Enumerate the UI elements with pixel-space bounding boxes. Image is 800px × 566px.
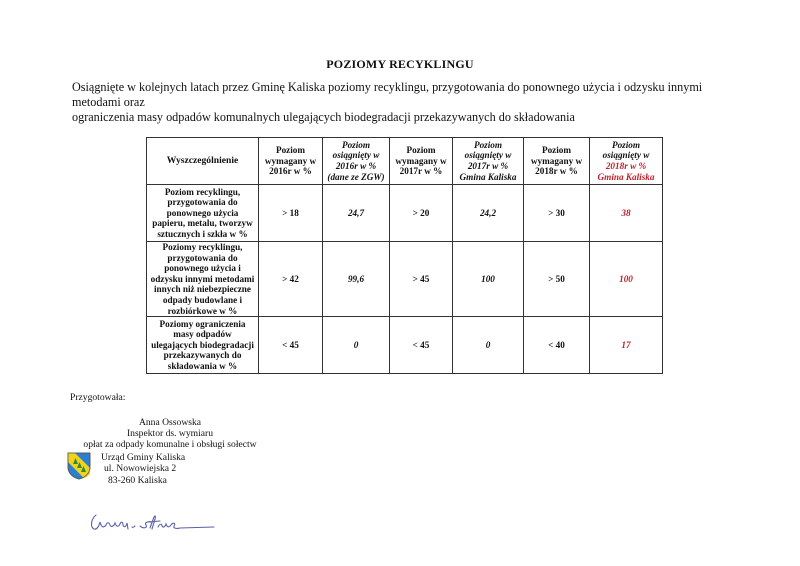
row-label-line: przygotowania do — [149, 197, 256, 208]
office-street: ul. Nowowiejska 2 — [101, 463, 185, 474]
achieved-level-cell: 100 — [590, 242, 663, 317]
header-line: (dane ze ZGW) — [325, 172, 387, 183]
office-name: Urząd Gminy Kaliska — [101, 452, 185, 463]
achieved-level-cell: 24,7 — [323, 185, 390, 242]
row-label: Poziomy ograniczeniamasy odpadówulegając… — [147, 317, 259, 374]
table-row: Poziom recyklingu,przygotowania doponown… — [147, 185, 663, 242]
column-header: Poziomosiągnięty w2016r w %(dane ze ZGW) — [323, 138, 390, 185]
achieved-level-cell: 17 — [590, 317, 663, 374]
header-line: osiągnięty w — [592, 150, 660, 161]
intro-line-1: Osiągnięte w kolejnych latach przez Gmin… — [72, 80, 752, 110]
row-label-line: rozbiórkowe w % — [149, 306, 256, 317]
header-line: 2016r w % — [325, 161, 387, 172]
table-row: Poziomy recyklingu,przygotowania doponow… — [147, 242, 663, 317]
row-label: Poziomy recyklingu,przygotowania doponow… — [147, 242, 259, 317]
row-label-line: Poziomy ograniczenia — [149, 319, 256, 330]
required-level-cell: > 45 — [390, 242, 453, 317]
column-header: Wyszczególnienie — [147, 138, 259, 185]
achieved-level-cell: 100 — [453, 242, 524, 317]
table-header-row: WyszczególnieniePoziomwymagany w2016r w … — [147, 138, 663, 185]
row-label-line: Poziomy recyklingu, — [149, 242, 256, 253]
header-line: Poziom — [392, 145, 450, 156]
row-label-line: innych niż niebezpieczne — [149, 284, 256, 295]
header-line: 2016r w % — [261, 166, 320, 177]
header-line: 2018r w % — [592, 161, 660, 172]
achieved-level-cell: 38 — [590, 185, 663, 242]
required-level-cell: < 40 — [524, 317, 590, 374]
header-line: wymagany w — [392, 156, 450, 167]
header-line: osiągnięty w — [455, 150, 521, 161]
row-label-line: odzysku innymi metodami — [149, 274, 256, 285]
office-city: 83-260 Kaliska — [101, 475, 185, 486]
achieved-level-cell: 0 — [453, 317, 524, 374]
recycling-levels-table: WyszczególnieniePoziomwymagany w2016r w … — [146, 137, 663, 374]
row-label-line: ponownego użycia — [149, 208, 256, 219]
header-line: 2018r w % — [526, 166, 587, 177]
header-line: wymagany w — [526, 156, 587, 167]
row-label-line: papieru, metalu, tworzyw — [149, 218, 256, 229]
header-line: Poziom — [325, 140, 387, 151]
author-name: Anna Ossowska — [70, 417, 270, 428]
table-row: Poziomy ograniczeniamasy odpadówulegając… — [147, 317, 663, 374]
required-level-cell: < 45 — [259, 317, 323, 374]
signature-icon — [88, 507, 218, 537]
required-level-cell: < 45 — [390, 317, 453, 374]
row-label-line: przygotowania do — [149, 253, 256, 264]
required-level-cell: > 20 — [390, 185, 453, 242]
header-line: wymagany w — [261, 156, 320, 167]
row-label-line: ponownego użycia i — [149, 263, 256, 274]
office-address: Urząd Gminy Kaliska ul. Nowowiejska 2 83… — [101, 452, 185, 486]
header-line: Wyszczególnienie — [149, 156, 256, 167]
table-body: Poziom recyklingu,przygotowania doponown… — [147, 185, 663, 374]
required-level-cell: > 42 — [259, 242, 323, 317]
required-level-cell: > 30 — [524, 185, 590, 242]
header-line: Gmina Kaliska — [592, 172, 660, 183]
row-label-line: Poziom recyklingu, — [149, 187, 256, 198]
author-role-detail: opłat za odpady komunalne i obsługi sołe… — [70, 439, 270, 450]
row-label: Poziom recyklingu,przygotowania doponown… — [147, 185, 259, 242]
header-line: Gmina Kaliska — [455, 172, 521, 183]
header-line: 2017r w % — [455, 161, 521, 172]
row-label-line: odpady budowlane i — [149, 295, 256, 306]
required-level-cell: > 50 — [524, 242, 590, 317]
prepared-by-label: Przygotowała: — [70, 392, 125, 403]
achieved-level-cell: 0 — [323, 317, 390, 374]
column-header: Poziomwymagany w2018r w % — [524, 138, 590, 185]
row-label-line: sztucznych i szkła w % — [149, 229, 256, 240]
required-level-cell: > 18 — [259, 185, 323, 242]
header-line: Poziom — [261, 145, 320, 156]
column-header: Poziomosiągnięty w2018r w %Gmina Kaliska — [590, 138, 663, 185]
column-header: Poziomwymagany w2016r w % — [259, 138, 323, 185]
header-line: Poziom — [526, 145, 587, 156]
row-label-line: składowania w % — [149, 361, 256, 372]
achieved-level-cell: 24,2 — [453, 185, 524, 242]
author-block: Anna Ossowska Inspektor ds. wymiaru opła… — [70, 417, 270, 451]
intro-paragraph: Osiągnięte w kolejnych latach przez Gmin… — [72, 80, 752, 125]
header-line: osiągnięty w — [325, 150, 387, 161]
column-header: Poziomwymagany w2017r w % — [390, 138, 453, 185]
intro-line-2: ograniczenia masy odpadów komunalnych ul… — [72, 110, 752, 125]
header-line: 2017r w % — [392, 166, 450, 177]
author-role: Inspektor ds. wymiaru — [70, 428, 270, 439]
header-line: Poziom — [455, 140, 521, 151]
achieved-level-cell: 99,6 — [323, 242, 390, 317]
coat-of-arms-icon — [67, 452, 91, 480]
row-label-line: masy odpadów — [149, 329, 256, 340]
row-label-line: przekazywanych do — [149, 350, 256, 361]
column-header: Poziomosiągnięty w2017r w %Gmina Kaliska — [453, 138, 524, 185]
document-title: POZIOMY RECYKLINGU — [0, 57, 800, 72]
header-line: Poziom — [592, 140, 660, 151]
row-label-line: ulegających biodegradacji — [149, 340, 256, 351]
